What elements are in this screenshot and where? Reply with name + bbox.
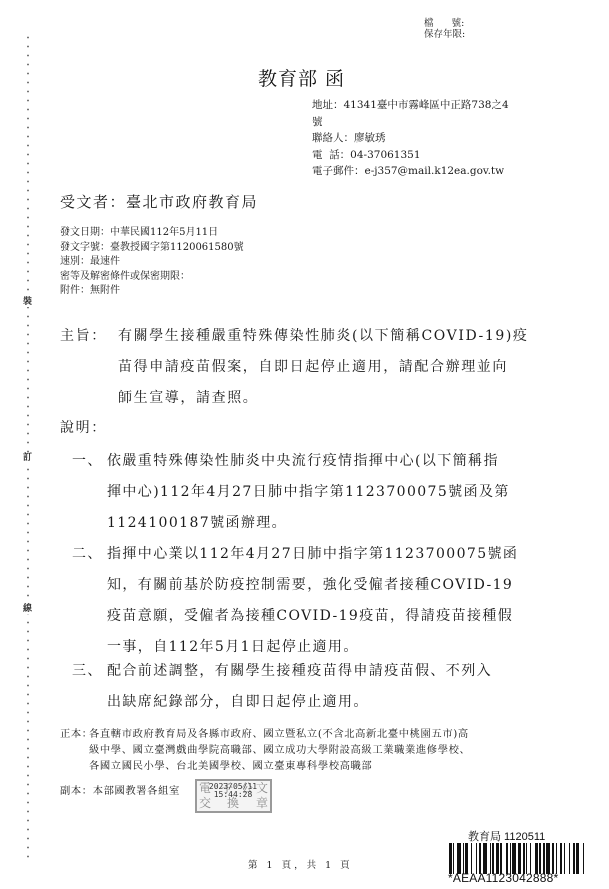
binding-mark-zhuang: 裝	[23, 297, 32, 307]
binding-dotted-line	[27, 33, 29, 863]
barcode-label: 教育局 1120511	[468, 828, 545, 844]
distribution-line: 各國立國民小學、台北美國學校、國立臺東專科學校高職部	[89, 758, 470, 774]
item-line: 揮中心)112年4月27日肺中指字第1123700075號函及第	[107, 477, 510, 508]
item-line: 依嚴重特殊傳染性肺炎中央流行疫情指揮中心(以下簡稱指	[107, 446, 510, 477]
binding-mark-xian: 線	[23, 604, 32, 614]
item-line: 1124100187號函辦理。	[107, 508, 510, 539]
explanation-label: 說明：	[60, 417, 107, 437]
page-indicator: 第 1 頁，共 1 頁	[248, 857, 353, 871]
sender-phone: 電 話：04-37061351	[312, 147, 509, 164]
item-number: 三、	[72, 656, 103, 687]
subject-line: 苗得申請疫苗假案，自即日起停止適用，請配合辦理並向	[118, 352, 578, 383]
item-line: 配合前述調整，有關學生接種疫苗得申請疫苗假、不列入	[107, 656, 492, 687]
item-line: 指揮中心業以112年4月27日肺中指字第1123700075號函	[107, 539, 518, 570]
stamp-datetime: 2023/05/11 15:44:28	[207, 783, 259, 799]
confidentiality: 密等及解密條件或保密期限：	[60, 270, 244, 285]
document-title: 教育部 函	[258, 64, 345, 91]
sender-info: 地址：41341臺中市霧峰區中正路738之4 號 聯絡人：廖敏琇 電 話：04-…	[312, 97, 509, 180]
barcode-icon	[449, 843, 586, 874]
subject-line: 師生宣導，請查照。	[118, 383, 578, 414]
attachments: 附件：無附件	[60, 284, 244, 299]
recipient: 受文者：臺北市政府教育局	[60, 191, 258, 212]
barcode-text: *AEAA1123042888*	[448, 871, 558, 885]
distribution-line: 各直轄市政府教育局及各縣市政府、國立暨私立(不含北高新北臺中桃園五市)高	[89, 726, 470, 742]
file-number-label: 檔 號:	[424, 18, 465, 29]
item-number: 一、	[72, 446, 103, 477]
issue-date: 發文日期：中華民國112年5月11日	[60, 226, 244, 241]
sender-contact: 聯絡人：廖敏琇	[312, 130, 509, 147]
archive-box: 檔 號: 保存年限:	[424, 18, 465, 40]
doc-number: 發文字號：臺教授國字第1120061580號	[60, 241, 244, 256]
sender-address-cont: 號	[312, 114, 509, 131]
distribution-line: 級中學、國立臺灣戲曲學院高職部、國立成功大學附設高級工業職業進修學校、	[89, 742, 470, 758]
copy-recipients: 副本：本部國教署各組室	[60, 782, 180, 797]
stamp-time: 15:44:28	[207, 791, 259, 799]
sender-email: 電子郵件：e-j357@mail.k12ea.gov.tw	[312, 163, 509, 180]
subject-line: 有關學生接種嚴重特殊傳染性肺炎(以下簡稱COVID-19)疫	[118, 321, 578, 352]
priority: 速別：最速件	[60, 255, 244, 270]
subject-label: 主旨：	[60, 321, 107, 352]
item-line: 出缺席紀錄部分，自即日起停止適用。	[107, 687, 492, 718]
retention-label: 保存年限:	[424, 29, 465, 40]
binding-mark-ding: 訂	[23, 453, 32, 463]
item-line: 知，有關前基於防疫控制需要，強化受僱者接種COVID-19	[107, 570, 518, 601]
distribution-label: 正本：	[60, 726, 93, 742]
item-line: 疫苗意願，受僱者為接種COVID-19疫苗，得請疫苗接種假	[107, 601, 518, 632]
item-number: 二、	[72, 539, 103, 570]
document-meta: 發文日期：中華民國112年5月11日 發文字號：臺教授國字第1120061580…	[60, 226, 244, 299]
electronic-exchange-stamp: 電 子 公 文 交 換 章 2023/05/11 15:44:28	[195, 779, 272, 813]
sender-address: 地址：41341臺中市霧峰區中正路738之4	[312, 97, 509, 114]
